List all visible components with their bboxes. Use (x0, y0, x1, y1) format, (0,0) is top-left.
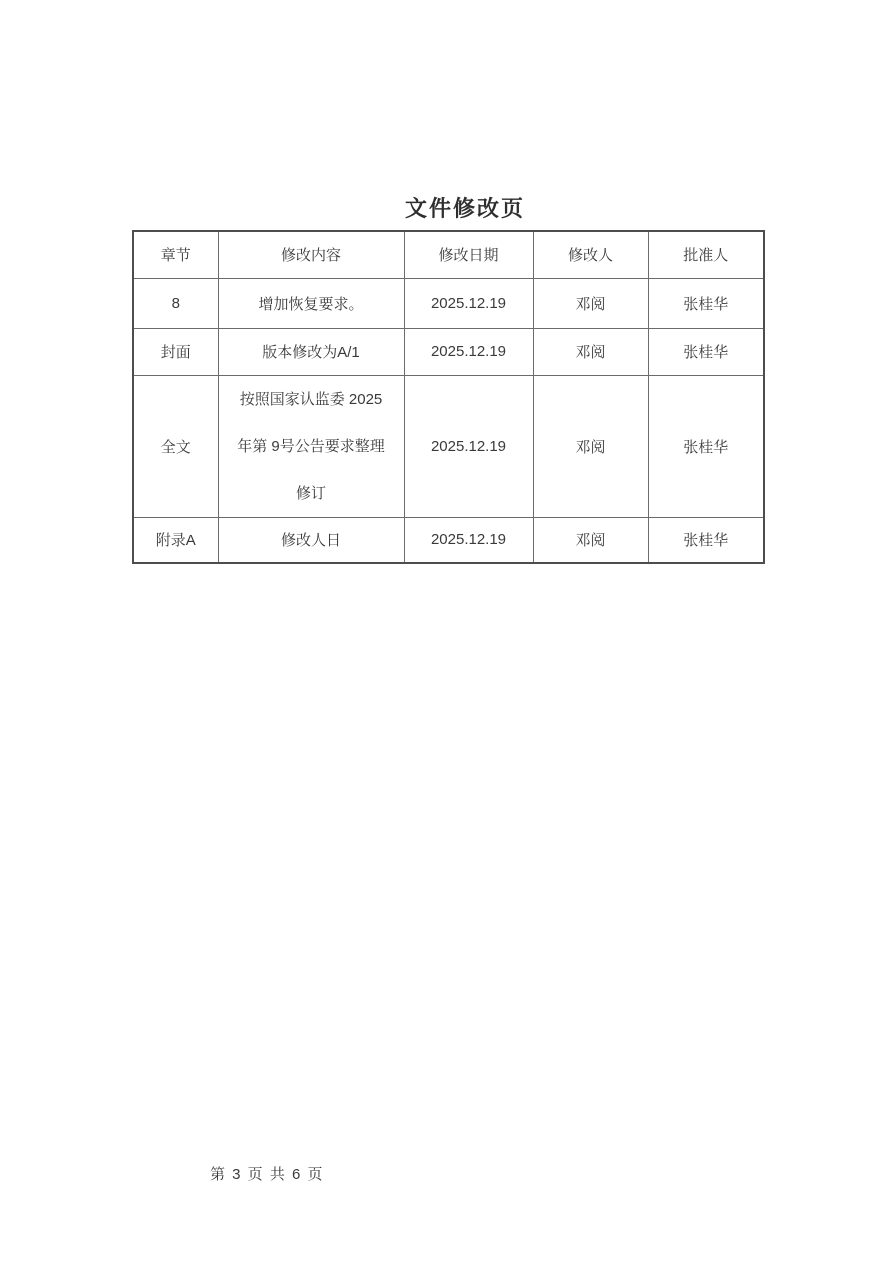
cell-approver: 张桂华 (648, 517, 764, 563)
cell-content: 增加恢复要求。 (218, 278, 404, 328)
cell-section: 封面 (133, 328, 218, 375)
cell-approver: 张桂华 (648, 278, 764, 328)
cell-section: 全文 (133, 375, 218, 517)
column-header-content: 修改内容 (218, 231, 404, 278)
table-row: 附录A 修改人日 2025.12.19 邓阅 张桂华 (133, 517, 764, 563)
cell-approver: 张桂华 (648, 328, 764, 375)
column-header-section: 章节 (133, 231, 218, 278)
cell-approver: 张桂华 (648, 375, 764, 517)
page-footer: 第 3 页 共 6 页 (210, 1163, 324, 1184)
cell-date: 2025.12.19 (404, 517, 533, 563)
revision-table: 章节 修改内容 修改日期 修改人 批准人 8 增加恢复要求。 2025.12.1… (132, 230, 765, 564)
column-header-approver: 批准人 (648, 231, 764, 278)
column-header-modifier: 修改人 (533, 231, 648, 278)
cell-date: 2025.12.19 (404, 328, 533, 375)
table-header-row: 章节 修改内容 修改日期 修改人 批准人 (133, 231, 764, 278)
cell-date: 2025.12.19 (404, 278, 533, 328)
cell-content: 版本修改为A/1 (218, 328, 404, 375)
table-row: 全文 按照国家认监委 2025 年第 9号公告要求整理 修订 2025.12.1… (133, 375, 764, 517)
cell-content: 修改人日 (218, 517, 404, 563)
cell-modifier: 邓阅 (533, 278, 648, 328)
column-header-date: 修改日期 (404, 231, 533, 278)
cell-modifier: 邓阅 (533, 517, 648, 563)
cell-content: 按照国家认监委 2025 年第 9号公告要求整理 修订 (218, 375, 404, 517)
document-page: 文件修改页 章节 修改内容 修改日期 修改人 批准人 8 增加恢复要求。 202… (0, 0, 892, 1262)
cell-modifier: 邓阅 (533, 328, 648, 375)
page-title: 文件修改页 (19, 192, 892, 223)
cell-section: 8 (133, 278, 218, 328)
cell-date: 2025.12.19 (404, 375, 533, 517)
table-row: 封面 版本修改为A/1 2025.12.19 邓阅 张桂华 (133, 328, 764, 375)
cell-section: 附录A (133, 517, 218, 563)
table-row: 8 增加恢复要求。 2025.12.19 邓阅 张桂华 (133, 278, 764, 328)
cell-modifier: 邓阅 (533, 375, 648, 517)
